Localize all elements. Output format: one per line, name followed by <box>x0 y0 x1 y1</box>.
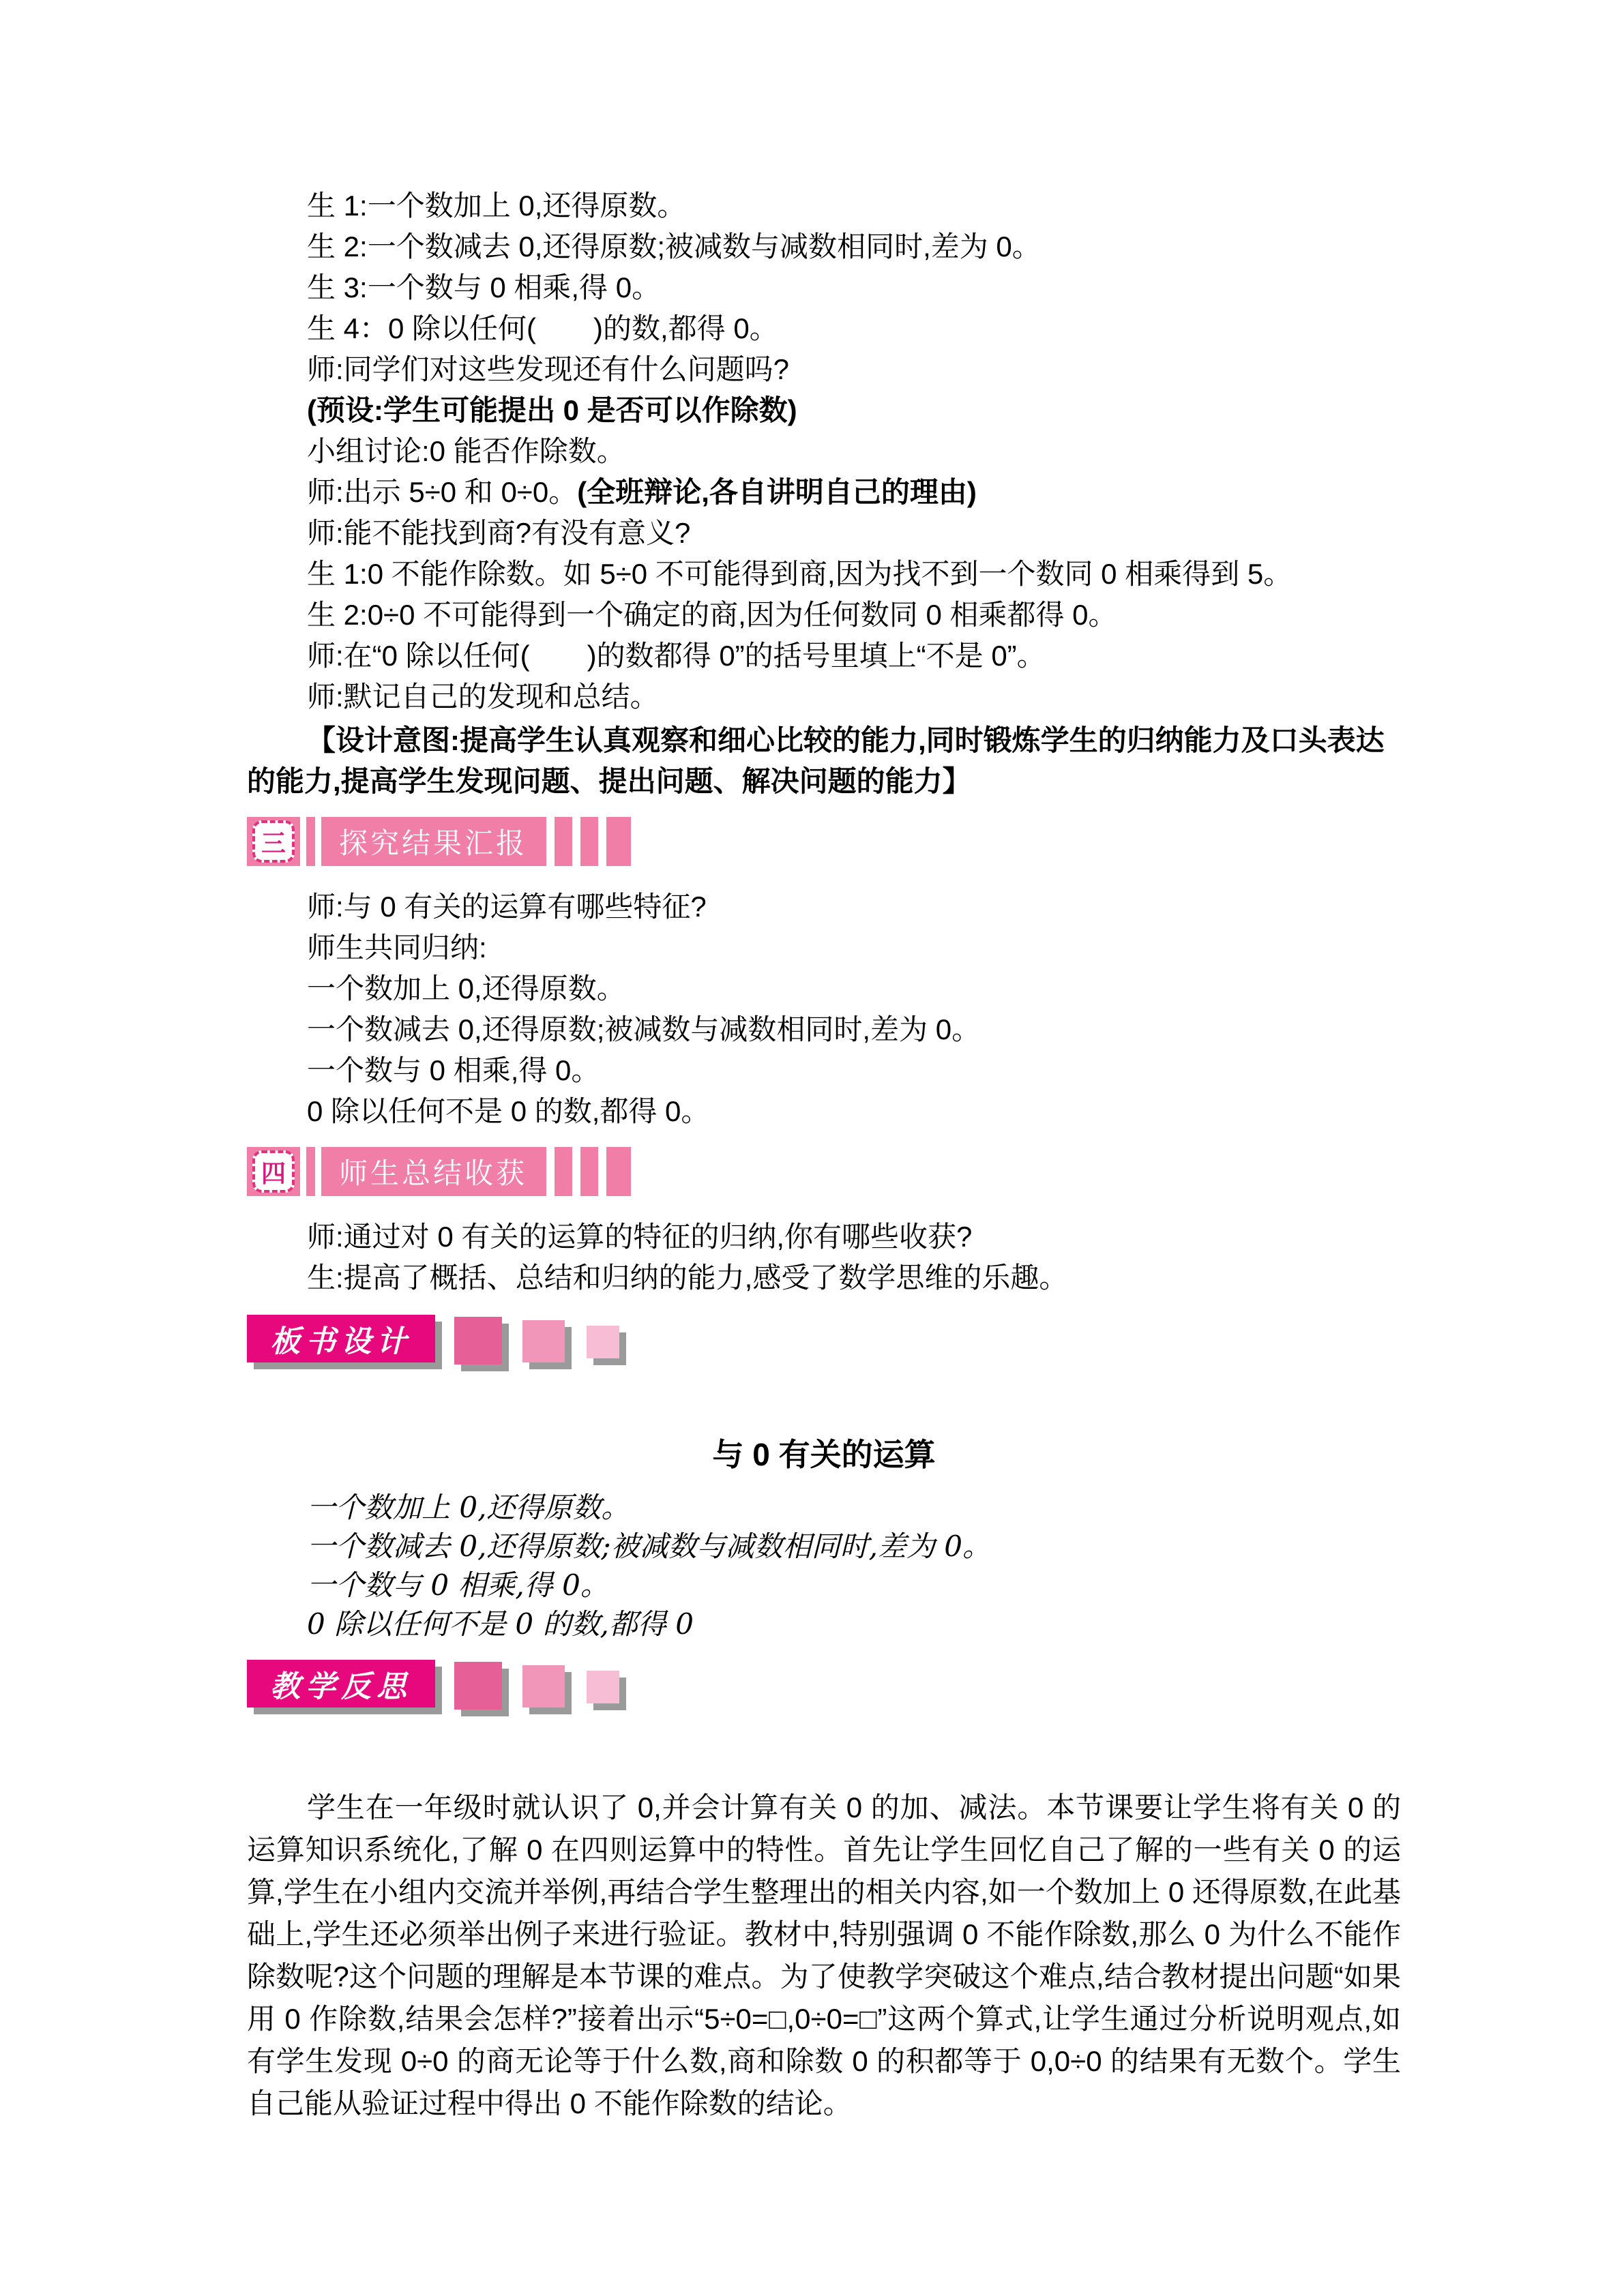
dialogue-line: 生 2:0÷0 不可能得到一个确定的商,因为任何数同 0 相乘都得 0。 <box>247 595 1401 636</box>
banner-stripe <box>315 817 321 866</box>
dialogue-line-preset: (预设:学生可能提出 0 是否可以作除数) <box>247 390 1401 431</box>
dialogue-block-exploration: 生 1:一个数加上 0,还得原数。 生 2:一个数减去 0,还得原数;被减数与减… <box>247 185 1401 717</box>
section-number-seg: 三 <box>247 817 300 866</box>
board-design-block: 与 0 有关的运算 一个数加上 0,还得原数。 一个数减去 0,还得原数;被减数… <box>247 1437 1401 1643</box>
banner-stripe <box>598 817 606 866</box>
banner-stripe <box>546 817 555 866</box>
banner-stripe <box>606 1147 631 1196</box>
section-number-seg: 四 <box>247 1147 300 1196</box>
dialogue-line: 师:默记自己的发现和总结。 <box>247 676 1401 717</box>
banner-stripe <box>546 1147 555 1196</box>
board-title: 与 0 有关的运算 <box>247 1437 1401 1472</box>
dialogue-line: 师:在“0 除以任何( )的数都得 0”的括号里填上“不是 0”。 <box>247 636 1401 676</box>
board-line: 一个数加上 0,还得原数。 <box>247 1488 1401 1527</box>
banner-stripe <box>580 1147 598 1196</box>
dialogue-line-normal-part: 师:出示 5÷0 和 0÷0。 <box>307 476 577 508</box>
decor-square-light <box>587 1671 619 1703</box>
banner-stripe <box>315 1147 321 1196</box>
dialogue-block-report: 师:与 0 有关的运算有哪些特征? 师生共同归纳: 一个数加上 0,还得原数。 … <box>247 886 1401 1132</box>
banner-stripe <box>598 1147 606 1196</box>
banner-stripe <box>606 817 631 866</box>
dialogue-line: 生 2:一个数减去 0,还得原数;被减数与减数相同时,差为 0。 <box>247 226 1401 267</box>
section-banner-4: 四 师生总结收获 <box>247 1147 631 1196</box>
banner-stripe <box>555 817 572 866</box>
banner-stripe <box>306 1147 315 1196</box>
dialogue-line: 生 3:一个数与 0 相乘,得 0。 <box>247 267 1401 308</box>
dialogue-block-summary: 师:通过对 0 有关的运算的特征的归纳,你有哪些收获? 生:提高了概括、总结和归… <box>247 1217 1401 1298</box>
teaching-reflection-header: 教学反思 <box>247 1660 1401 1721</box>
dialogue-line: 师生共同归纳: <box>247 927 1401 968</box>
board-line: 一个数减去 0,还得原数;被减数与减数相同时,差为 0。 <box>247 1527 1401 1566</box>
lesson-plan-page: 生 1:一个数加上 0,还得原数。 生 2:一个数减去 0,还得原数;被减数与减… <box>0 0 1624 2296</box>
banner-stripe <box>572 817 580 866</box>
dialogue-line: 师:同学们对这些发现还有什么问题吗? <box>247 349 1401 390</box>
teaching-reflection-paragraph: 学生在一年级时就认识了 0,并会计算有关 0 的加、减法。本节课要让学生将有关 … <box>247 1787 1401 2125</box>
section-banner-label: 师生总结收获 <box>321 1147 546 1196</box>
board-design-header: 板书设计 <box>247 1315 1401 1376</box>
decor-square-light <box>587 1326 619 1358</box>
section-banner-label: 探究结果汇报 <box>321 817 546 866</box>
decor-square-medium <box>522 1665 565 1708</box>
dialogue-line: 师:通过对 0 有关的运算的特征的归纳,你有哪些收获? <box>247 1217 1401 1257</box>
dialogue-line: 一个数减去 0,还得原数;被减数与减数相同时,差为 0。 <box>247 1009 1401 1050</box>
banner-stripe <box>580 817 598 866</box>
decor-square-dark <box>454 1317 502 1365</box>
dialogue-line: 小组讨论:0 能否作除数。 <box>247 431 1401 472</box>
dialogue-line: 师:能不能找到商?有没有意义? <box>247 513 1401 554</box>
section-number-icon: 三 <box>252 820 295 863</box>
dialogue-line: 师:与 0 有关的运算有哪些特征? <box>247 886 1401 927</box>
dialogue-line: 生:提高了概括、总结和归纳的能力,感受了数学思维的乐趣。 <box>247 1257 1401 1298</box>
teaching-reflection-title-box: 教学反思 <box>247 1660 435 1708</box>
decor-square-medium <box>522 1320 565 1362</box>
dialogue-line: 0 除以任何不是 0 的数,都得 0。 <box>247 1091 1401 1132</box>
banner-stripe <box>555 1147 572 1196</box>
banner-stripe <box>300 1147 306 1196</box>
banner-stripe <box>300 817 306 866</box>
board-line: 0 除以任何不是 0 的数,都得 0 <box>247 1605 1401 1643</box>
dialogue-line: 生 1:一个数加上 0,还得原数。 <box>247 185 1401 226</box>
section-number-icon: 四 <box>252 1150 295 1193</box>
section-banner-3: 三 探究结果汇报 <box>247 817 631 866</box>
page-content: 生 1:一个数加上 0,还得原数。 生 2:一个数减去 0,还得原数;被减数与减… <box>247 185 1401 2125</box>
dialogue-line: 生 1:0 不能作除数。如 5÷0 不可能得到商,因为找不到一个数同 0 相乘得… <box>247 554 1401 595</box>
decor-square-dark <box>454 1662 502 1710</box>
dialogue-line: 一个数加上 0,还得原数。 <box>247 968 1401 1009</box>
board-line: 一个数与 0 相乘,得 0。 <box>247 1566 1401 1605</box>
banner-stripe <box>572 1147 580 1196</box>
dialogue-line: 师:出示 5÷0 和 0÷0。(全班辩论,各自讲明自己的理由) <box>247 472 1401 513</box>
banner-stripe <box>306 817 315 866</box>
dialogue-line: 一个数与 0 相乘,得 0。 <box>247 1050 1401 1091</box>
dialogue-line: 生 4：0 除以任何( )的数,都得 0。 <box>247 308 1401 349</box>
design-intent-note: 【设计意图:提高学生认真观察和细心比较的能力,同时锻炼学生的归纳能力及口头表达的… <box>247 720 1401 802</box>
dialogue-line-bold-part: (全班辩论,各自讲明自己的理由) <box>577 476 977 508</box>
board-design-title-box: 板书设计 <box>247 1315 435 1362</box>
